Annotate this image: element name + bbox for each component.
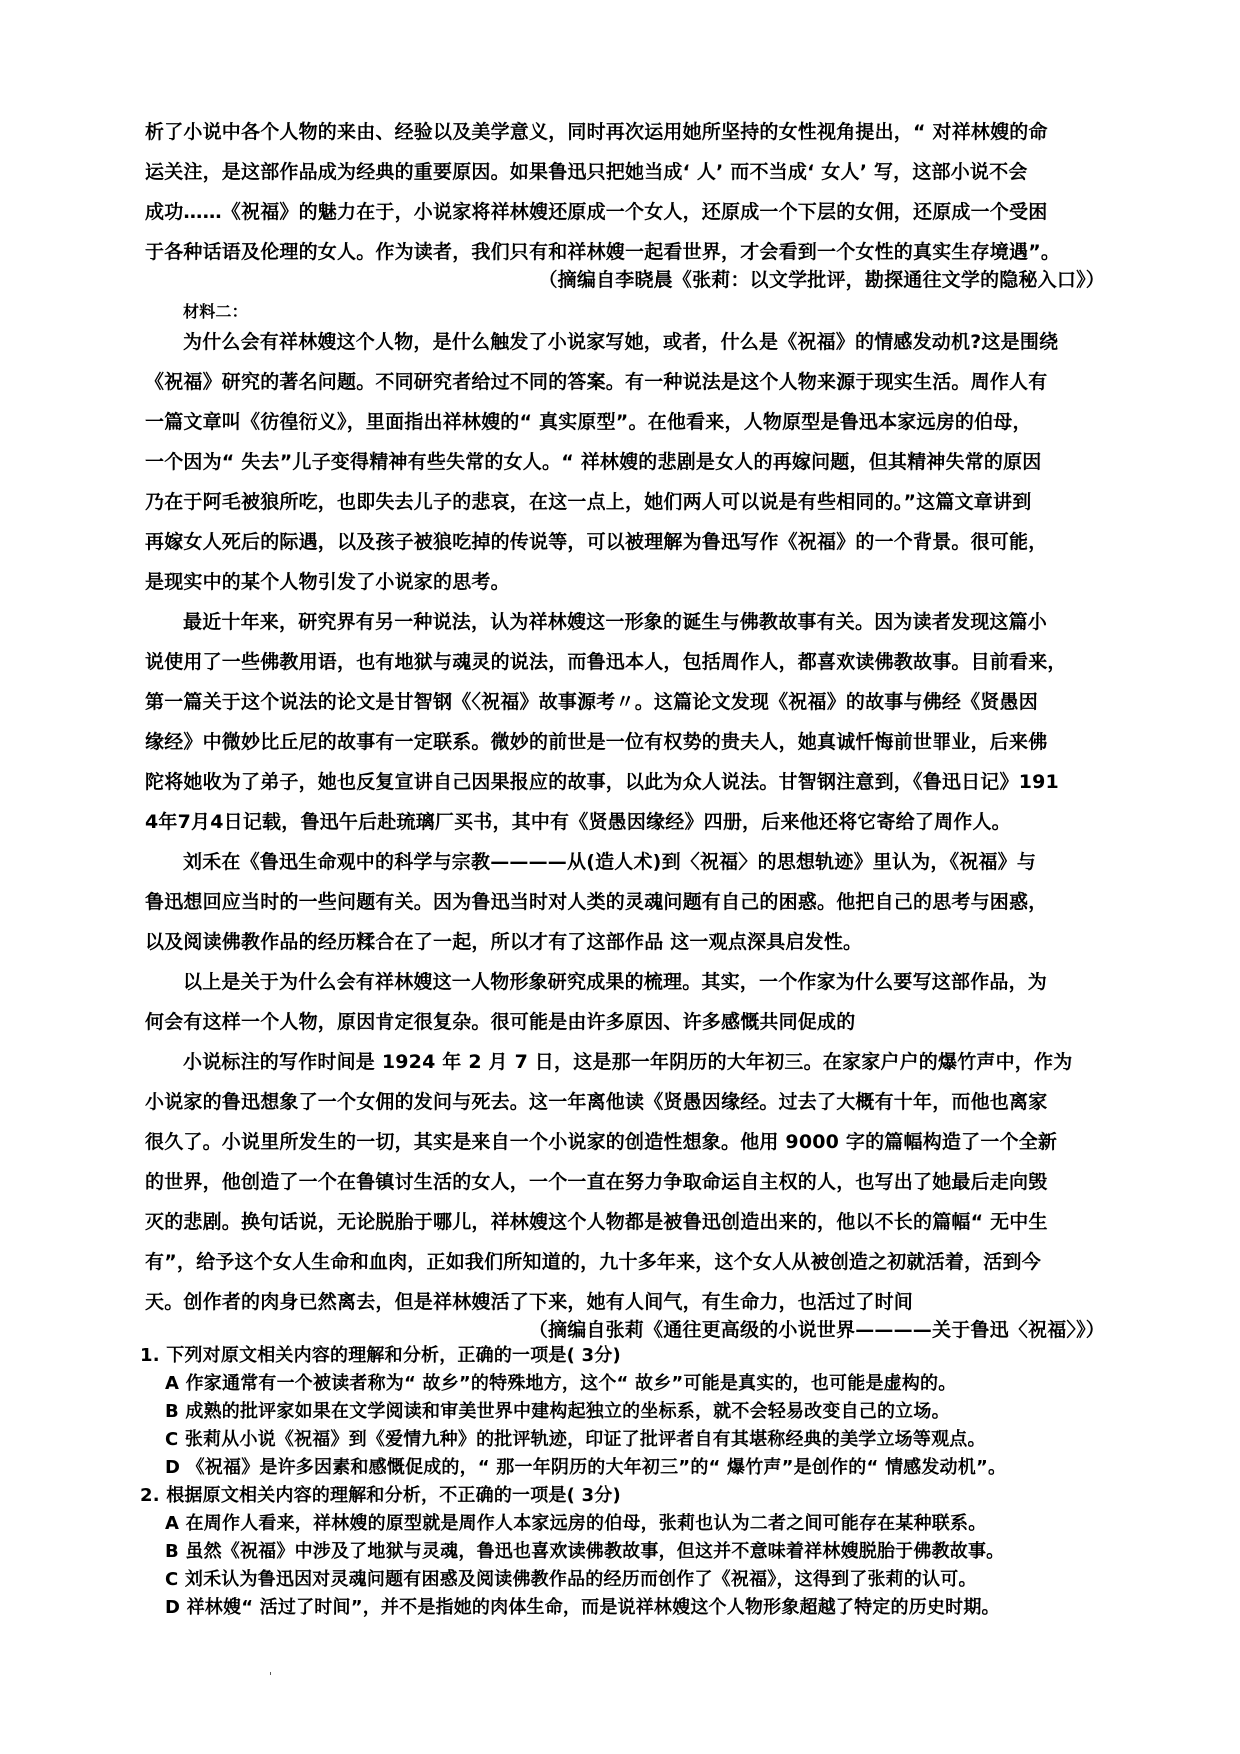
paragraph-line: 很久了。小说里所发生的一切，其实是来自一个小说家的创造性想象。他用 9000 字… <box>145 1128 1105 1156</box>
paragraph-line: 小说家的鲁迅想象了一个女佣的发问与死去。这一年离他读《贤愚因缘经。过去了大概有十… <box>145 1088 1105 1116</box>
paragraph-line: 一个因为“ 失去”儿子变得精神有些失常的女人。“ 祥林嫂的悲剧是女人的再嫁问题，… <box>145 448 1105 476</box>
question-option[interactable]: A 在周作人看来，祥林嫂的原型就是周作人本家远房的伯母，张莉也认为二者之间可能存… <box>165 1510 1125 1538</box>
paragraph-line: 有”，给予这个女人生命和血肉，正如我们所知道的，九十多年来，这个女人从被创造之初… <box>145 1248 1105 1276</box>
paragraph-line: 说使用了一些佛教用语，也有地狱与魂灵的说法，而鲁迅本人，包括周作人，都喜欢读佛教… <box>145 648 1105 676</box>
paragraph-line: 成功……《祝福》的魅力在于，小说家将祥林嫂还原成一个女人，还原成一个下层的女佣，… <box>145 198 1105 226</box>
paragraph-line: 天。创作者的肉身已然离去，但是祥林嫂活了下来，她有人间气，有生命力，也活过了时间 <box>145 1288 1105 1316</box>
paragraph-line: 运关注，是这部作品成为经典的重要原因。如果鲁迅只把她当成‘ 人’ 而不当成‘ 女… <box>145 158 1105 186</box>
question-option[interactable]: D 祥林嫂“ 活过了时间”，并不是指她的肉体生命，而是说祥林嫂这个人物形象超越了… <box>165 1594 1125 1622</box>
paragraph-line: 刘禾在《鲁迅生命观中的科学与宗教————从(造人术)到〈祝福〉的思想轨迹》里认为… <box>183 848 1143 876</box>
question-option[interactable]: D 《祝福》是许多因素和感慨促成的，“ 那一年阴历的大年初三”的“ 爆竹声”是创… <box>165 1454 1125 1482</box>
exam-page: 析了小说中各个人物的来由、经验以及美学意义，同时再次运用她所坚持的女性视角提出，… <box>0 0 1240 1754</box>
paragraph-line: 乃在于阿毛被狼所吃，也即失去儿子的悲哀，在这一点上，她们两人可以说是有些相同的。… <box>145 488 1105 516</box>
question-stem: 2. 根据原文相关内容的理解和分析，不正确的一项是( 3分) <box>140 1482 1100 1510</box>
paragraph-line: 的世界，他创造了一个在鲁镇讨生活的女人，一个一直在努力争取命运自主权的人，也写出… <box>145 1168 1105 1196</box>
source-citation: （摘编自李晓晨《张莉：以文学批评，勘探通往文学的隐秘入口》） <box>538 266 1105 294</box>
source-citation: （摘编自张莉《通往更高级的小说世界————关于鲁迅〈祝福〉》） <box>529 1316 1105 1344</box>
paragraph-line: 陀将她收为了弟子，她也反复宣讲自己因果报应的故事，以此为众人说法。甘智钢注意到，… <box>145 768 1105 796</box>
paragraph-line: 小说标注的写作时间是 1924 年 2 月 7 日，这是那一年阴历的大年初三。在… <box>183 1048 1143 1076</box>
question-option[interactable]: B 成熟的批评家如果在文学阅读和审美世界中建构起独立的坐标系，就不会轻易改变自己… <box>165 1398 1125 1426</box>
paragraph-line: 缘经》中微妙比丘尼的故事有一定联系。微妙的前世是一位有权势的贵夫人，她真诚忏悔前… <box>145 728 1105 756</box>
paragraph-line: 鲁迅想回应当时的一些问题有关。因为鲁迅当时对人类的灵魂问题有自己的困惑。他把自己… <box>145 888 1105 916</box>
paragraph-line: 是现实中的某个人物引发了小说家的思考。 <box>145 568 1105 596</box>
paragraph-line: 《祝福》研究的著名问题。不同研究者给过不同的答案。有一种说法是这个人物来源于现实… <box>145 368 1105 396</box>
question-stem: 1. 下列对原文相关内容的理解和分析，正确的一项是( 3分) <box>140 1342 1100 1370</box>
paragraph-line: 再嫁女人死后的际遇，以及孩子被狼吃掉的传说等，可以被理解为鲁迅写作《祝福》的一个… <box>145 528 1105 556</box>
scan-artifact-dot <box>270 1672 271 1675</box>
question-option[interactable]: C 张莉从小说《祝福》到《爱情九种》的批评轨迹，印证了批评者自有其堪称经典的美学… <box>165 1426 1125 1454</box>
paragraph-line: 何会有这样一个人物，原因肯定很复杂。很可能是由许多原因、许多感慨共同促成的 <box>145 1008 1105 1036</box>
question-option[interactable]: B 虽然《祝福》中涉及了地狱与灵魂，鲁迅也喜欢读佛教故事，但这并不意味着祥林嫂脱… <box>165 1538 1125 1566</box>
paragraph-line: 以及阅读佛教作品的经历糅合在了一起，所以才有了这部作品 这一观点深具启发性。 <box>145 928 1105 956</box>
paragraph-line: 最近十年来，研究界有另一种说法，认为祥林嫂这一形象的诞生与佛教故事有关。因为读者… <box>183 608 1143 636</box>
question-option[interactable]: A 作家通常有一个被读者称为“ 故乡”的特殊地方，这个“ 故乡”可能是真实的，也… <box>165 1370 1125 1398</box>
paragraph-line: 以上是关于为什么会有祥林嫂这一人物形象研究成果的梳理。其实，一个作家为什么要写这… <box>183 968 1143 996</box>
paragraph-line: 为什么会有祥林嫂这个人物，是什么触发了小说家写她，或者，什么是《祝福》的情感发动… <box>183 328 1143 356</box>
paragraph-line: 4年7月4日记载，鲁迅午后赴琉璃厂买书，其中有《贤愚因缘经》四册，后来他还将它寄… <box>145 808 1105 836</box>
section-label: 材料二： <box>183 298 1143 326</box>
paragraph-line: 析了小说中各个人物的来由、经验以及美学意义，同时再次运用她所坚持的女性视角提出，… <box>145 118 1105 146</box>
paragraph-line: 第一篇关于这个说法的论文是甘智钢《〈祝福》故事源考〃。这篇论文发现《祝福》的故事… <box>145 688 1105 716</box>
paragraph-line: 灭的悲剧。换句话说，无论脱胎于哪儿，祥林嫂这个人物都是被鲁迅创造出来的，他以不长… <box>145 1208 1105 1236</box>
paragraph-line: 一篇文章叫《彷徨衍义》，里面指出祥林嫂的“ 真实原型”。在他看来，人物原型是鲁迅… <box>145 408 1105 436</box>
question-option[interactable]: C 刘禾认为鲁迅因对灵魂问题有困惑及阅读佛教作品的经历而创作了《祝福》，这得到了… <box>165 1566 1125 1594</box>
paragraph-line: 于各种话语及伦理的女人。作为读者，我们只有和祥林嫂一起看世界，才会看到一个女性的… <box>145 238 1105 266</box>
